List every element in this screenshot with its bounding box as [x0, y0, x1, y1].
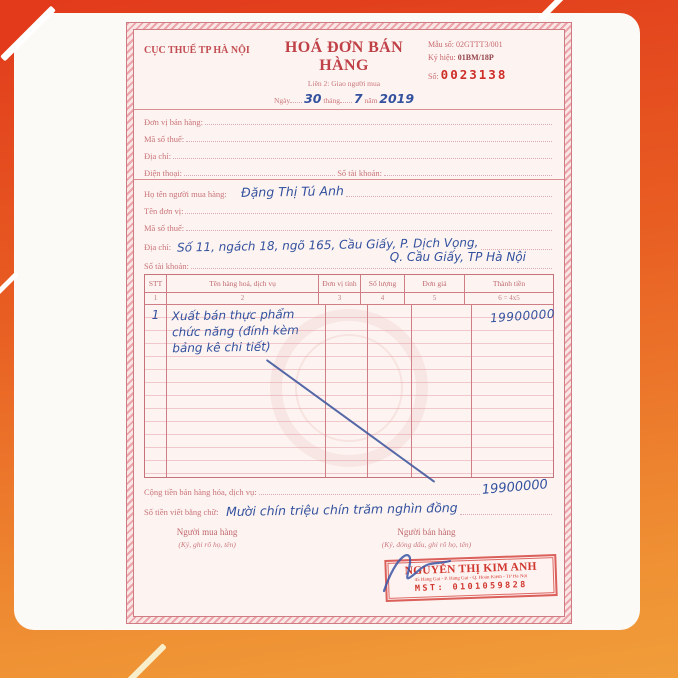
dotted-leader — [290, 96, 302, 103]
total-label: Cộng tiền bán hàng hóa, dịch vụ: — [144, 487, 257, 497]
seller-tax-row: Mã số thuế: — [144, 127, 554, 144]
date-thang: tháng — [323, 96, 340, 105]
buyer-unit-row: Tên đơn vị: — [144, 199, 554, 216]
seller-account-label: Số tài khoản: — [337, 168, 382, 178]
buyer-address-label: Địa chỉ: — [144, 242, 171, 252]
dotted-leader — [186, 223, 552, 231]
dotted-leader — [186, 134, 552, 142]
seller-signature-icon — [378, 545, 458, 601]
title-block: HOÁ ĐƠN BÁN HÀNG Liên 2: Giao người mua … — [260, 35, 428, 106]
seller-address-label: Địa chỉ: — [144, 151, 171, 161]
serial-line: Ký hiệu: 01BM/18P — [428, 52, 554, 65]
col-header-amount: Thành tiền — [465, 275, 553, 293]
buyer-name-row: Họ tên người mua hàng: Đặng Thị Tú Anh — [144, 180, 554, 199]
invoice-sheet: CỤC THUẾ TP HÀ NỘI HOÁ ĐƠN BÁN HÀNG Liên… — [133, 29, 565, 617]
dotted-leader — [259, 487, 480, 495]
dotted-leader — [184, 168, 335, 176]
photo-frame: CỤC THUẾ TP HÀ NỘI HOÁ ĐƠN BÁN HÀNG Liên… — [0, 0, 678, 678]
serial-value: 01BM/18P — [458, 53, 494, 62]
date-year-handwritten: 2019 — [379, 91, 414, 106]
item-stt-cell: 1 — [145, 305, 167, 477]
invoice-number-line: Số: 0023138 — [428, 65, 554, 85]
seller-signature-title: Người bán hàng — [382, 527, 471, 537]
seller-unit-label: Đơn vị bán hàng: — [144, 117, 203, 127]
invoice-title: HOÁ ĐƠN BÁN HÀNG — [260, 39, 428, 75]
col-header-unit: Đơn vị tính — [319, 275, 361, 293]
date-line: Ngày 30 tháng 7 năm 2019 — [260, 91, 428, 106]
date-month-handwritten: 7 — [354, 91, 363, 106]
amount-in-words-handwritten: Mười chín triệu chín trăm nghìn đồng — [226, 500, 458, 519]
col-num: 6 = 4x5 — [465, 293, 553, 305]
seller-unit-row: Đơn vị bán hàng: — [144, 110, 554, 127]
dotted-leader — [481, 242, 552, 250]
invoice-meta: Mẫu số: 02GTTT3/001 Ký hiệu: 01BM/18P Số… — [428, 39, 554, 106]
item-amount-cell: 19900000 — [472, 305, 560, 477]
buyer-unit-label: Tên đơn vị: — [144, 206, 183, 216]
dotted-leader — [346, 189, 552, 197]
buyer-signature-title: Người mua hàng — [177, 527, 238, 537]
dotted-leader — [460, 507, 552, 515]
form-value: 02GTTT3/001 — [456, 40, 503, 49]
invoice-header: CỤC THUẾ TP HÀ NỘI HOÁ ĐƠN BÁN HÀNG Liên… — [144, 35, 554, 106]
seller-address-row: Địa chỉ: — [144, 144, 554, 161]
seller-phone-label: Điện thoại: — [144, 168, 182, 178]
table-header-row: STT Tên hàng hoá, dịch vụ Đơn vị tính Số… — [145, 275, 553, 293]
amount-in-words-row: Số tiền viết bằng chữ: Mười chín triệu c… — [144, 497, 554, 517]
invoice-number-label: Số: — [428, 72, 439, 81]
buyer-account-label: Số tài khoản: — [144, 261, 189, 271]
invoice-paper: CỤC THUẾ TP HÀ NỘI HOÁ ĐƠN BÁN HÀNG Liên… — [14, 13, 640, 630]
col-header-unit-price: Đơn giá — [405, 275, 465, 293]
issuer-name: CỤC THUẾ TP HÀ NỘI — [144, 45, 260, 106]
col-header-quantity: Số lượng — [361, 275, 405, 293]
col-num: 3 — [319, 293, 361, 305]
buyer-signature-note: (Ký, ghi rõ họ, tên) — [177, 540, 238, 549]
item-stt-handwritten: 1 — [152, 308, 160, 322]
signature-section: Người mua hàng (Ký, ghi rõ họ, tên) Ngườ… — [144, 527, 554, 617]
form-number-line: Mẫu số: 02GTTT3/001 — [428, 39, 554, 52]
seller-tax-label: Mã số thuế: — [144, 134, 184, 144]
dotted-leader — [384, 168, 552, 176]
seller-phone-row: Điện thoại: Số tài khoản: — [144, 161, 554, 178]
col-header-stt: STT — [145, 275, 167, 293]
watermark-inner-circle-icon — [295, 334, 403, 442]
copy-note: Liên 2: Giao người mua — [260, 79, 428, 88]
buyer-signature-block: Người mua hàng (Ký, ghi rõ họ, tên) — [177, 527, 238, 549]
total-amount-handwritten: 19900000 — [481, 478, 548, 499]
date-day-handwritten: 30 — [304, 91, 321, 106]
dotted-leader — [185, 206, 552, 214]
dotted-leader — [173, 151, 552, 159]
dotted-leader — [205, 117, 552, 125]
serial-label: Ký hiệu: — [428, 53, 456, 62]
form-label: Mẫu số: — [428, 40, 454, 49]
date-prefix: Ngày — [274, 96, 290, 105]
diagonal-stripe-decoration — [127, 643, 167, 678]
col-num: 5 — [405, 293, 465, 305]
col-num: 2 — [167, 293, 319, 305]
seller-handwritten-name: Nguyễn Thị Kim Anh — [432, 614, 550, 617]
col-num: 1 — [145, 293, 167, 305]
col-header-description: Tên hàng hoá, dịch vụ — [167, 275, 319, 293]
buyer-account-row: Số tài khoản: Q. Cầu Giấy, TP Hà Nội — [144, 252, 554, 271]
buyer-tax-row: Mã số thuế: — [144, 216, 554, 233]
buyer-name-label: Họ tên người mua hàng: — [144, 189, 227, 199]
items-table: STT Tên hàng hoá, dịch vụ Đơn vị tính Số… — [144, 274, 554, 478]
total-row: Cộng tiền bán hàng hóa, dịch vụ: 1990000… — [144, 478, 554, 497]
col-num: 4 — [361, 293, 405, 305]
buyer-tax-label: Mã số thuế: — [144, 223, 184, 233]
amount-in-words-label: Số tiền viết bằng chữ: — [144, 507, 218, 517]
dotted-leader — [340, 96, 352, 103]
buyer-address-handwritten-2: Q. Cầu Giấy, TP Hà Nội — [390, 250, 526, 264]
invoice-number-value: 0023138 — [441, 67, 508, 82]
table-column-numbers-row: 1 2 3 4 5 6 = 4x5 — [145, 293, 553, 305]
item-amount-handwritten: 19900000 — [490, 307, 556, 326]
invoice-sheet-border: CỤC THUẾ TP HÀ NỘI HOÁ ĐƠN BÁN HÀNG Liên… — [126, 22, 572, 624]
buyer-name-handwritten: Đặng Thị Tú Anh — [241, 183, 344, 200]
date-nam: năm — [364, 96, 377, 105]
